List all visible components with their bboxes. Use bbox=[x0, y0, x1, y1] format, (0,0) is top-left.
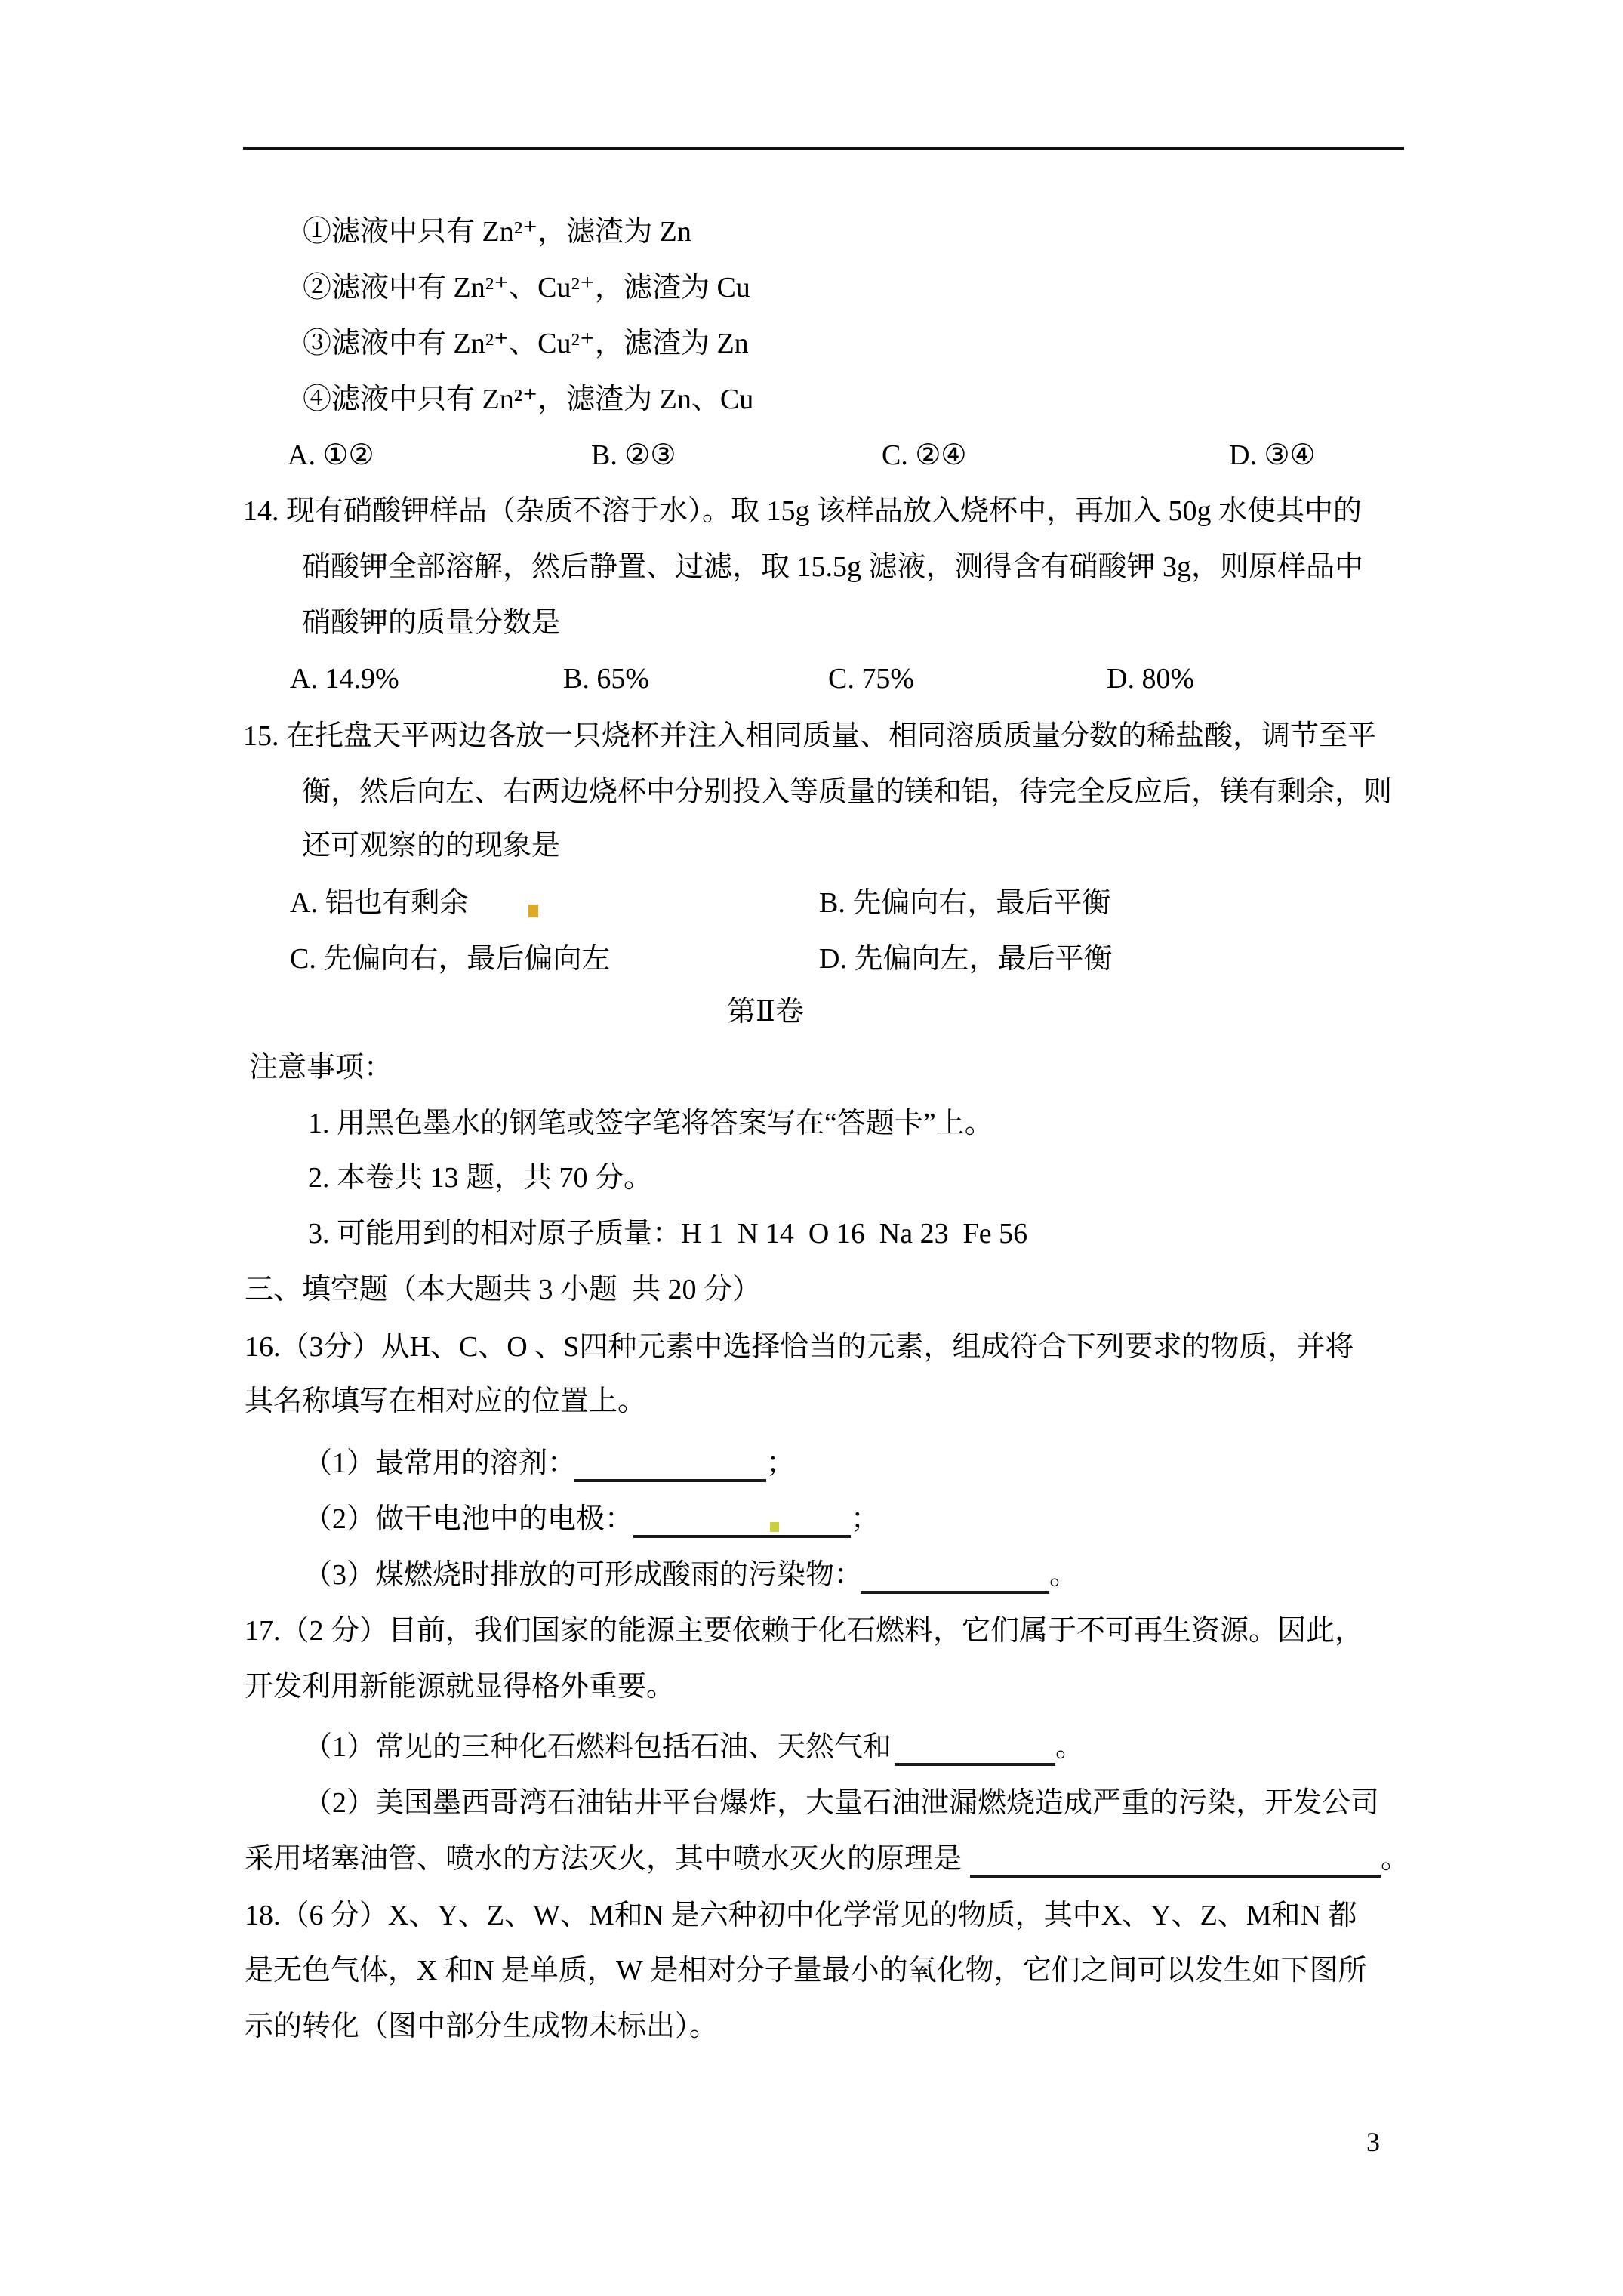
q14-option-d: D. 80% bbox=[1107, 658, 1194, 699]
q17-sub-2-cont: 采用堵塞油管、喷水的方法灭火，其中喷水灭火的原理是 bbox=[245, 1838, 962, 1879]
q15-option-a: A. 铝也有剩余 bbox=[290, 883, 468, 923]
note-1: 1. 用黑色墨水的钢笔或签字笔将答案写在“答题卡”上。 bbox=[308, 1103, 993, 1144]
note-2: 2. 本卷共 13 题，共 70 分。 bbox=[308, 1157, 652, 1198]
q16-sub-2: （2）做干电池中的电极： bbox=[303, 1499, 633, 1539]
notes-heading: 注意事项： bbox=[249, 1047, 393, 1088]
answer-blank-16-1 bbox=[574, 1479, 766, 1482]
q16-line-2: 其名称填写在相对应的位置上。 bbox=[245, 1381, 646, 1422]
q14-option-c: C. 75% bbox=[828, 658, 914, 699]
q14-line-2: 硝酸钾全部溶解，然后静置、过滤，取 15.5g 滤液，测得含有硝酸钾 3g，则原… bbox=[302, 547, 1363, 587]
q14-option-b: B. 65% bbox=[563, 658, 649, 699]
q15-option-b: B. 先偏向右，最后平衡 bbox=[819, 883, 1110, 923]
stray-highlight-mark-1 bbox=[528, 905, 538, 917]
q14-option-a: A. 14.9% bbox=[290, 658, 399, 699]
answer-blank-16-3 bbox=[861, 1591, 1049, 1594]
q16-sub-3-punct: 。 bbox=[1049, 1555, 1078, 1595]
q18-line-3: 示的转化（图中部分生成物未标出）。 bbox=[245, 2006, 718, 2047]
q13-choice-2: ②滤液中有 Zn²⁺、Cu²⁺，滤渣为 Cu bbox=[303, 267, 750, 308]
q16-sub-1-punct: ； bbox=[766, 1443, 795, 1484]
q13-option-d: D. ③④ bbox=[1229, 435, 1316, 476]
q17-sub-2-punct: 。 bbox=[1381, 1838, 1409, 1879]
q16-sub-2-punct: ； bbox=[851, 1499, 879, 1539]
q17-line-2: 开发利用新能源就显得格外重要。 bbox=[245, 1666, 675, 1707]
stray-highlight-mark-2 bbox=[770, 1522, 779, 1532]
section-3-heading: 三、填空题（本大题共 3 小题 共 20 分） bbox=[245, 1269, 761, 1310]
q17-line-1: 17.（2 分）目前，我们国家的能源主要依赖于化石燃料，它们属于不可再生资源。因… bbox=[245, 1610, 1363, 1651]
q15-line-3: 还可观察的的现象是 bbox=[302, 825, 560, 866]
header-rule bbox=[243, 147, 1404, 150]
q16-line-1: 16.（3分）从H、C、O 、S四种元素中选择恰当的元素，组成符合下列要求的物质… bbox=[245, 1327, 1354, 1367]
q13-choice-3: ③滤液中有 Zn²⁺、Cu²⁺，滤渣为 Zn bbox=[303, 323, 749, 364]
q15-option-d: D. 先偏向左，最后平衡 bbox=[819, 938, 1112, 979]
q15-line-1: 15. 在托盘天平两边各放一只烧杯并注入相同质量、相同溶质质量分数的稀盐酸，调节… bbox=[243, 716, 1376, 757]
note-3: 3. 可能用到的相对原子质量：H 1 N 14 O 16 Na 23 Fe 56 bbox=[308, 1213, 1027, 1254]
section-2-title: 第Ⅱ卷 bbox=[727, 991, 804, 1032]
q15-option-c: C. 先偏向右，最后偏向左 bbox=[290, 938, 610, 979]
q18-line-2: 是无色气体，X 和N 是单质，W 是相对分子量最小的氧化物，它们之间可以发生如下… bbox=[245, 1950, 1367, 1991]
q13-choice-1: ①滤液中只有 Zn²⁺，滤渣为 Zn bbox=[303, 211, 691, 252]
document-page: ①滤液中只有 Zn²⁺，滤渣为 Zn②滤液中有 Zn²⁺、Cu²⁺，滤渣为 Cu… bbox=[0, 0, 1623, 2296]
q15-line-2: 衡，然后向左、右两边烧杯中分别投入等质量的镁和铝，待完全反应后，镁有剩余，则 bbox=[302, 772, 1392, 812]
q16-sub-3: （3）煤燃烧时排放的可形成酸雨的污染物： bbox=[303, 1555, 863, 1595]
q17-sub-1-punct: 。 bbox=[1055, 1727, 1084, 1767]
q17-sub-2: （2）美国墨西哥湾石油钻井平台爆炸，大量石油泄漏燃烧造成严重的污染，开发公司 bbox=[303, 1783, 1379, 1823]
page-number: 3 bbox=[1366, 2128, 1380, 2156]
q13-option-a: A. ①② bbox=[288, 435, 374, 476]
q14-line-1: 14. 现有硝酸钾样品（杂质不溶于水）。取 15g 该样品放入烧杯中，再加入 5… bbox=[243, 491, 1362, 532]
q14-line-3: 硝酸钾的质量分数是 bbox=[302, 603, 560, 643]
q16-sub-1: （1）最常用的溶剂： bbox=[303, 1443, 576, 1484]
q18-line-1: 18.（6 分）X、Y、Z、W、M和N 是六种初中化学常见的物质，其中X、Y、Z… bbox=[245, 1895, 1357, 1936]
q13-option-b: B. ②③ bbox=[591, 435, 676, 476]
answer-blank-17-1 bbox=[895, 1763, 1055, 1766]
answer-blank-17-2 bbox=[970, 1875, 1381, 1878]
q13-option-c: C. ②④ bbox=[882, 435, 966, 476]
q17-sub-1: （1）常见的三种化石燃料包括石油、天然气和 bbox=[303, 1727, 892, 1767]
q13-choice-4: ④滤液中只有 Zn²⁺，滤渣为 Zn、Cu bbox=[303, 379, 753, 420]
answer-blank-16-2 bbox=[633, 1535, 851, 1538]
